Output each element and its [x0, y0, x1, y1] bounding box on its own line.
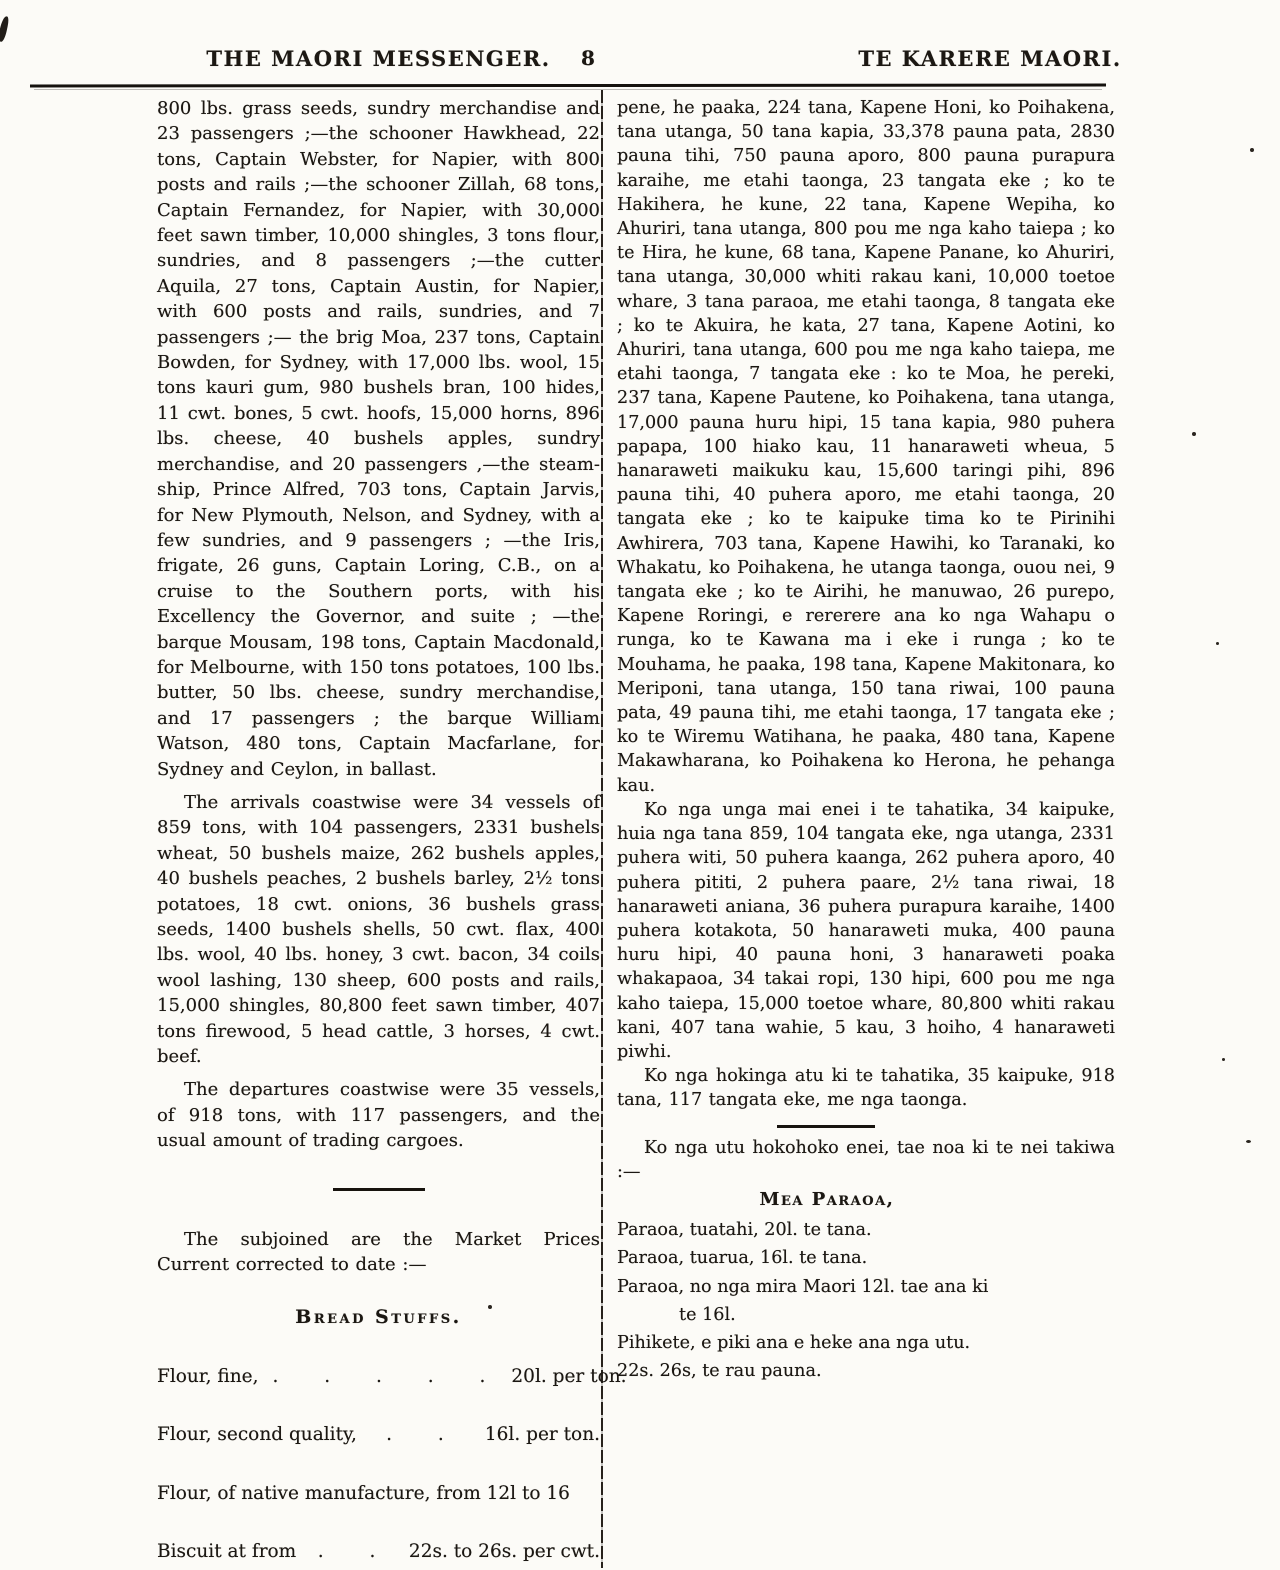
section-separator-rule [333, 1188, 425, 1191]
section-separator-rule [777, 1125, 875, 1128]
dot-leader: . . [386, 1422, 464, 1447]
market-prices-intro: The subjoined are the Market Prices Curr… [157, 1227, 600, 1278]
english-column: 800 lbs. grass seeds, sundry merchandise… [157, 96, 600, 1565]
scan-speck [1216, 642, 1219, 645]
scan-speck [1222, 1058, 1225, 1061]
shipping-report-paragraph: 800 lbs. grass seeds, sundry merchandise… [157, 96, 600, 782]
scan-speck [1250, 148, 1254, 152]
price-value: 16l. per ton. [485, 1422, 600, 1447]
maori-column: pene, he paaka, 224 tana, Kapene Honi, k… [617, 96, 1115, 1383]
mea-paraoa-heading: Mea Paraoa, [617, 1188, 1037, 1212]
price-row-flour-second: Flour, second quality, . . 16l. per ton. [157, 1422, 600, 1447]
arrivals-coastwise-paragraph-maori: Ko nga unga mai enei i te tahatika, 34 k… [617, 798, 1115, 1064]
scan-artifact-corner [0, 16, 10, 43]
shipping-report-paragraph-maori: pene, he paaka, 224 tana, Kapene Honi, k… [617, 96, 1115, 798]
scan-speck [1192, 432, 1196, 436]
column-divider-rule [601, 90, 603, 1568]
price-value: 20l. per ton. [511, 1364, 626, 1389]
masthead-english-title: THE MAORI MESSENGER. [157, 46, 600, 71]
price-label: Flour, of native manufacture, from 12l t… [157, 1481, 600, 1506]
price-row-pihikete-continuation: 22s. 26s, te rau pauna. [617, 1359, 1115, 1383]
price-row-paraoa-tuatahi: Paraoa, tuatahi, 20l. te tana. [617, 1218, 1115, 1242]
price-row-flour-fine: Flour, fine, . . . . . 20l. per ton. [157, 1364, 600, 1389]
price-row-paraoa-mira: Paraoa, no nga mira Maori 12l. tae ana k… [617, 1275, 1115, 1299]
price-label: Flour, second quality, [157, 1422, 357, 1447]
page-number: 8 [558, 46, 618, 70]
price-row-pihikete: Pihikete, e piki ana e heke ana nga utu. [617, 1331, 1115, 1355]
newspaper-page: THE MAORI MESSENGER. 8 TE KARERE MAORI. … [0, 0, 1280, 1570]
dot-leader: . . . . . [272, 1364, 505, 1389]
header-rule-echo [34, 89, 1102, 90]
price-label: Flour, fine, [157, 1364, 258, 1389]
price-label: Biscuit at from [157, 1539, 296, 1564]
price-row-flour-native: Flour, of native manufacture, from 12l t… [157, 1481, 600, 1506]
departures-coastwise-paragraph: The departures coastwise were 35 vessels… [157, 1077, 600, 1153]
price-row-biscuit: Biscuit at from . . 22s. to 26s. per cwt… [157, 1539, 600, 1564]
masthead-maori-title: TE KARERE MAORI. [770, 46, 1210, 71]
scan-binding-speckle [1124, 0, 1156, 1570]
bread-stuffs-heading: Bread Stuffs. [157, 1305, 600, 1330]
price-row-paraoa-mira-continuation: te 16l. [617, 1303, 1115, 1327]
dot-leader: . . [318, 1539, 396, 1564]
price-row-paraoa-tuarua: Paraoa, tuarua, 16l. te tana. [617, 1246, 1115, 1270]
price-value: 22s. to 26s. per cwt. [409, 1539, 600, 1564]
header-rule [30, 84, 1106, 88]
departures-coastwise-paragraph-maori: Ko nga hokinga atu ki te tahatika, 35 ka… [617, 1064, 1115, 1112]
scan-speck [1246, 1140, 1251, 1143]
arrivals-coastwise-paragraph: The arrivals coastwise were 34 vessels o… [157, 790, 600, 1069]
market-prices-intro-maori: Ko nga utu hokohoko enei, tae noa ki te … [617, 1136, 1115, 1184]
